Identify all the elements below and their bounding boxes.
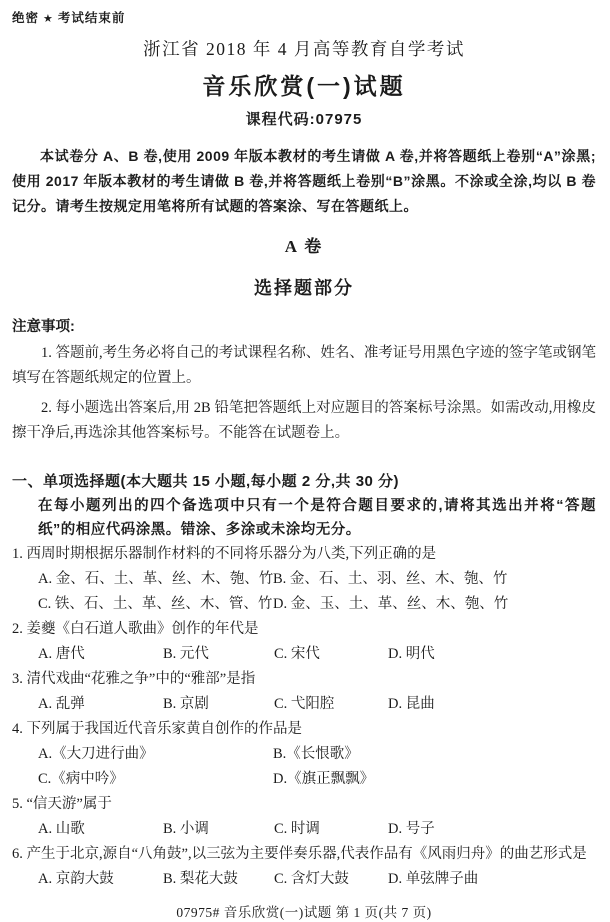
timing-label: 考试结束前 — [58, 11, 126, 25]
option-d: D. 昆曲 — [388, 692, 596, 717]
question-stem: 3. 清代戏曲“花雅之争”中的“雅部”是指 — [12, 667, 596, 692]
option-b: B. 元代 — [163, 642, 274, 667]
option-b: B. 金、石、土、羽、丝、木、匏、竹 — [273, 567, 596, 592]
security-classification: 绝密★考试结束前 — [12, 8, 596, 26]
question-6: 6. 产生于北京,源自“八角鼓”,以三弦为主要伴奏乐器,代表作品有《风雨归舟》的… — [12, 842, 596, 892]
option-c: C. 宋代 — [274, 642, 388, 667]
question-options: A. 乱弹 B. 京剧 C. 弋阳腔 D. 昆曲 — [12, 692, 596, 717]
course-code: 课程代码:07975 — [12, 108, 596, 129]
option-b: B. 梨花大鼓 — [163, 867, 274, 892]
option-d: D. 号子 — [388, 817, 596, 842]
option-c: C.《病中吟》 — [38, 767, 273, 792]
option-d: D. 单弦牌子曲 — [388, 867, 596, 892]
part-one-intro: 在每小题列出的四个备选项中只有一个是符合题目要求的,请将其选出并将“答题纸”的相… — [12, 494, 596, 542]
question-5: 5. “信天游”属于 A. 山歌 B. 小调 C. 时调 D. 号子 — [12, 792, 596, 842]
option-a: A. 唐代 — [38, 642, 163, 667]
paper-title: 音乐欣赏(一)试题 — [12, 68, 596, 101]
question-1: 1. 西周时期根据乐器制作材料的不同将乐器分为八类,下列正确的是 A. 金、石、… — [12, 542, 596, 617]
question-2: 2. 姜夔《白石道人歌曲》创作的年代是 A. 唐代 B. 元代 C. 宋代 D.… — [12, 617, 596, 667]
option-a: A. 京韵大鼓 — [38, 867, 163, 892]
option-d: D.《旗正飘飘》 — [273, 767, 596, 792]
question-3: 3. 清代戏曲“花雅之争”中的“雅部”是指 A. 乱弹 B. 京剧 C. 弋阳腔… — [12, 667, 596, 717]
question-stem: 4. 下列属于我国近代音乐家黄自创作的作品是 — [12, 717, 596, 742]
option-a: A. 金、石、土、革、丝、木、匏、竹 — [38, 567, 273, 592]
question-options: A. 京韵大鼓 B. 梨花大鼓 C. 含灯大鼓 D. 单弦牌子曲 — [12, 867, 596, 892]
option-a: A.《大刀进行曲》 — [38, 742, 273, 767]
question-options: A. 金、石、土、革、丝、木、匏、竹 B. 金、石、土、羽、丝、木、匏、竹 C.… — [12, 567, 596, 617]
question-4: 4. 下列属于我国近代音乐家黄自创作的作品是 A.《大刀进行曲》 B.《长恨歌》… — [12, 717, 596, 792]
option-a: A. 乱弹 — [38, 692, 163, 717]
exam-session-title: 浙江省 2018 年 4 月高等教育自学考试 — [12, 36, 596, 61]
page-footer: 07975# 音乐欣赏(一)试题 第 1 页(共 7 页) — [12, 901, 596, 921]
option-b: B.《长恨歌》 — [273, 742, 596, 767]
exam-paper-page: 绝密★考试结束前 浙江省 2018 年 4 月高等教育自学考试 音乐欣赏(一)试… — [0, 0, 610, 922]
note-item-1: 1. 答题前,考生务必将自己的考试课程名称、姓名、准考证号用黑色字迹的签字笔或钢… — [12, 341, 596, 391]
option-d: D. 明代 — [388, 642, 596, 667]
question-options: A. 唐代 B. 元代 C. 宋代 D. 明代 — [12, 642, 596, 667]
notes-title: 注意事项: — [12, 315, 596, 336]
option-b: B. 小调 — [163, 817, 274, 842]
option-b: B. 京剧 — [163, 692, 274, 717]
exam-notice: 本试卷分 A、B 卷,使用 2009 年版本教材的考生请做 A 卷,并将答题纸上… — [12, 144, 596, 219]
star-icon: ★ — [39, 13, 58, 25]
note-item-2: 2. 每小题选出答案后,用 2B 铅笔把答题纸上对应题目的答案标号涂黑。如需改动… — [12, 396, 596, 446]
question-stem: 5. “信天游”属于 — [12, 792, 596, 817]
option-c: C. 弋阳腔 — [274, 692, 388, 717]
volume-a-heading: A 卷 — [12, 232, 596, 257]
option-c: C. 含灯大鼓 — [274, 867, 388, 892]
question-stem: 2. 姜夔《白石道人歌曲》创作的年代是 — [12, 617, 596, 642]
question-stem: 1. 西周时期根据乐器制作材料的不同将乐器分为八类,下列正确的是 — [12, 542, 596, 567]
question-options: A.《大刀进行曲》 B.《长恨歌》 C.《病中吟》 D.《旗正飘飘》 — [12, 742, 596, 792]
secrecy-label: 绝密 — [12, 11, 39, 25]
option-a: A. 山歌 — [38, 817, 163, 842]
part-one-heading: 一、单项选择题(本大题共 15 小题,每小题 2 分,共 30 分) — [12, 470, 596, 491]
option-c: C. 时调 — [274, 817, 388, 842]
option-d: D. 金、玉、土、革、丝、木、匏、竹 — [273, 592, 596, 617]
question-stem: 6. 产生于北京,源自“八角鼓”,以三弦为主要伴奏乐器,代表作品有《风雨归舟》的… — [12, 842, 596, 867]
option-c: C. 铁、石、土、革、丝、木、管、竹 — [38, 592, 273, 617]
question-options: A. 山歌 B. 小调 C. 时调 D. 号子 — [12, 817, 596, 842]
section-heading: 选择题部分 — [12, 274, 596, 300]
